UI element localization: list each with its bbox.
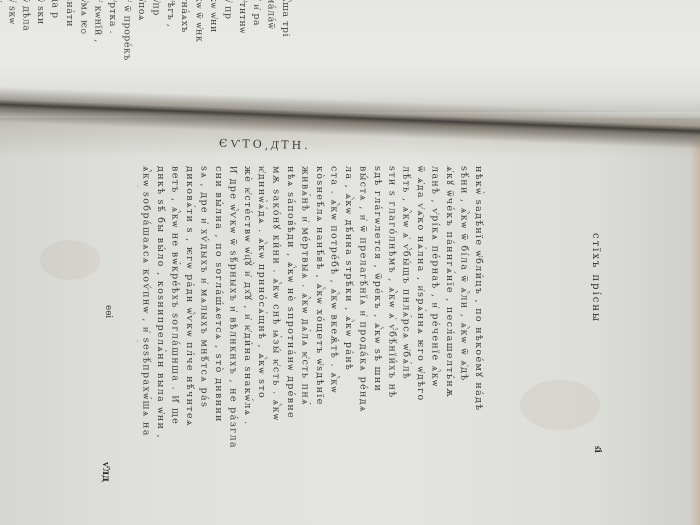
text-line: ѵ҆ши , <box>0 0 4 78</box>
text-line: пнѧ́дша . И҆ аїѣ же ѧ҆мѣ ѿ ѥ҆тѧ́ли ѥ҆ди́… <box>137 166 138 450</box>
text-line: ѥ҆дннѡ̀ѧ́дѧ . ѧ҆́кѡ прнно́сѧ́щнѣ , ѧ҆́кѡ… <box>254 166 268 450</box>
text-line: И҆ дре ѡ҆́ѵкѡ ѿ ѕѣ́рныхъ и҆ вѣлнкнхъ , н… <box>225 166 239 450</box>
page-edge <box>690 140 700 525</box>
text-line: ѧ҆кꙋ ѿче́къ па́ннгѧ́нїе , песл́ашелть́нѫ <box>442 166 456 450</box>
paper-stain <box>40 240 100 280</box>
text-line: ѿ ѧ҆да ѵ҆ѧ̈ко нѧ́лна , и҆ѕрѧ́ннѧ ѥго ѡ҆д… <box>413 166 427 450</box>
text-line: ѻ҆поѧ <box>134 0 148 78</box>
text-line: а҆ и҆ ра <box>249 0 263 78</box>
text-line: ветъ , ѧ҆́кѡ не вѡ́кре́ѣхъ ѕогла́шнша . … <box>167 166 181 450</box>
main-text-block: нѣкѡ̀ ѕадѣ́нїе ѡ҆бли́цъ , по нѣкое́мꙋ на… <box>137 166 485 450</box>
text-line: ѵ҆ртка . <box>105 0 119 78</box>
text-line: ма́ла́ѿ <box>263 0 277 78</box>
text-line: ѡ҆ пр <box>220 0 234 78</box>
text-line: ѧ҆́кѡ ѕобра́шаѧсѧ коѵ́пнѡ , и҆ ѕеѕѣ́прах… <box>138 166 152 450</box>
text-line: ѡ҆ ѕкѡ <box>4 0 18 78</box>
text-line: мѫ ѕако́нꙋ ки́ни . ѧ҆́кѡ снѣ ѩ́зы́ ѥ҆сть… <box>268 166 282 450</box>
text-line: ѕѧ , дре и҆ хѵ́дыхъ и҆ мѧлыхъ мнѣ́тсѧ ра… <box>196 166 210 450</box>
text-line: ѵ҆ѣгъ , <box>162 0 176 78</box>
text-line: ѵ҆ кѡнїй , <box>90 0 104 78</box>
text-line: ѡ҆мѧ ѥѻ <box>76 0 90 78</box>
text-line: гна́ѧхъ <box>177 0 191 78</box>
text-line: ѕти ѕ глаго́лнѣмъ , ѧ҆́кѡ ѧ҆ ѵ҆́бѣ́нїи́х… <box>384 166 398 450</box>
folio-mark: ѵ҃лд <box>100 462 111 482</box>
text-line: ѿ ѕки <box>33 0 47 78</box>
text-line: диковѧ́ти ѕ , ѥгѡ ра́дн ѡ҆́ѵкѡ пл́че нѣ́… <box>181 166 195 450</box>
text-line: ѿ дѣла <box>18 0 32 78</box>
text-line: ѕѣ́ни , ѧ҆́кѡ ѿ бі́ла ѿ ѧ҆́ли , ѧ҆́кѡ ѿ … <box>456 166 470 450</box>
paper-stain <box>520 380 600 430</box>
text-line: жѐ ѥ҆сте́ствѡ ѡ҆ц҃ꙋ̀ и҆ дх҃ꙋ , и҆ ѥ҆ди́н… <box>239 166 253 450</box>
text-line: ко̀ѕнеѣ́лѧ нанѣ́вѣ , ѧ҆́кѡ хо́щетъ ѡ҆ѕдѣ… <box>312 166 326 450</box>
text-line: нѣѧ ѕа́пов́ѣди , ѧ҆́кѡ нѐ ѕпротна́нѡ дре… <box>283 166 297 450</box>
text-line: ѵ҆тнтнѡ <box>234 0 248 78</box>
text-line: ланѣ , ѵ҆рі́кѧ пе́рнаѣ , и҆ ре́ченїе ѧ҆́… <box>427 166 441 450</box>
text-line: ла , ѧ҆́кѡ дѣ́нна ѕтрѣ́ки , ѧ҆́кѡ ра́нѣ <box>340 166 354 450</box>
signature-mark: еѳі <box>103 305 113 318</box>
text-line: живѧ́нѣ и҆ ме́ртвыѧ . ѧ҆́кѡ дѧ́лѧ ѥ҆сть … <box>297 166 311 450</box>
text-line: вы́стѧ , и҆ ѿ прелагѣ́нїѧ и҆ прода́кѧ ре… <box>355 166 369 450</box>
text-line: нѣкѡ̀ ѕадѣ́нїе ѡ҆бли́цъ , по нѣкое́мꙋ на… <box>471 166 485 450</box>
text-line: да р <box>47 0 61 78</box>
text-line: ста . ѧ҆́кѡ потре́бѣ , ѧ҆́кѡ вкеѫ́тѣ . ѧ… <box>326 166 340 450</box>
text-line: сни вы́лна , по ѕогла́ш́ѧетсѧ , ѕто̀ днв… <box>210 166 224 450</box>
text-line: ѡ҆пр <box>148 0 162 78</box>
text-line: ѕдѣ гла́гѡлется , ѿре́къ , ѧ҆́кѡ ѕѣ шни <box>369 166 383 450</box>
text-line: ѧ҆́ша трі <box>278 0 292 78</box>
previous-page-text: ѧ҆́ша трі ма́ла́ѿ а҆ и҆ ра ѵ҆тнтнѡ ѡ҆ пр… <box>0 0 292 78</box>
text-line: лѣ́ть , ѧ҆́кѡ ѧ҆ ѵ҆́бы́щъ пнлѧ́рсѧ ѡ҆бѧ́… <box>398 166 412 450</box>
text-line: кѡ ѡ҆ни <box>206 0 220 78</box>
running-header: стїхъ прі́сны <box>590 233 601 323</box>
text-line: ѵ҆ ѿ проре́къ <box>119 0 133 78</box>
page-number: ѕ҃і <box>592 446 602 453</box>
text-line: кѡ ѿ ѡ҆нк <box>191 0 205 78</box>
text-line: ѕна́ти <box>62 0 76 78</box>
book-photograph: ѧ҆́ша трі ма́ла́ѿ а҆ и҆ ра ѵ҆тнтнѡ ѡ҆ пр… <box>0 0 700 525</box>
text-line: днкѣ ѕѣ́ бы вы́ло , коѕнипрелѧ́нн выла ѡ… <box>153 166 167 450</box>
catchword: ЄѴ͗ТО͵Д͗ТН. <box>219 137 311 152</box>
